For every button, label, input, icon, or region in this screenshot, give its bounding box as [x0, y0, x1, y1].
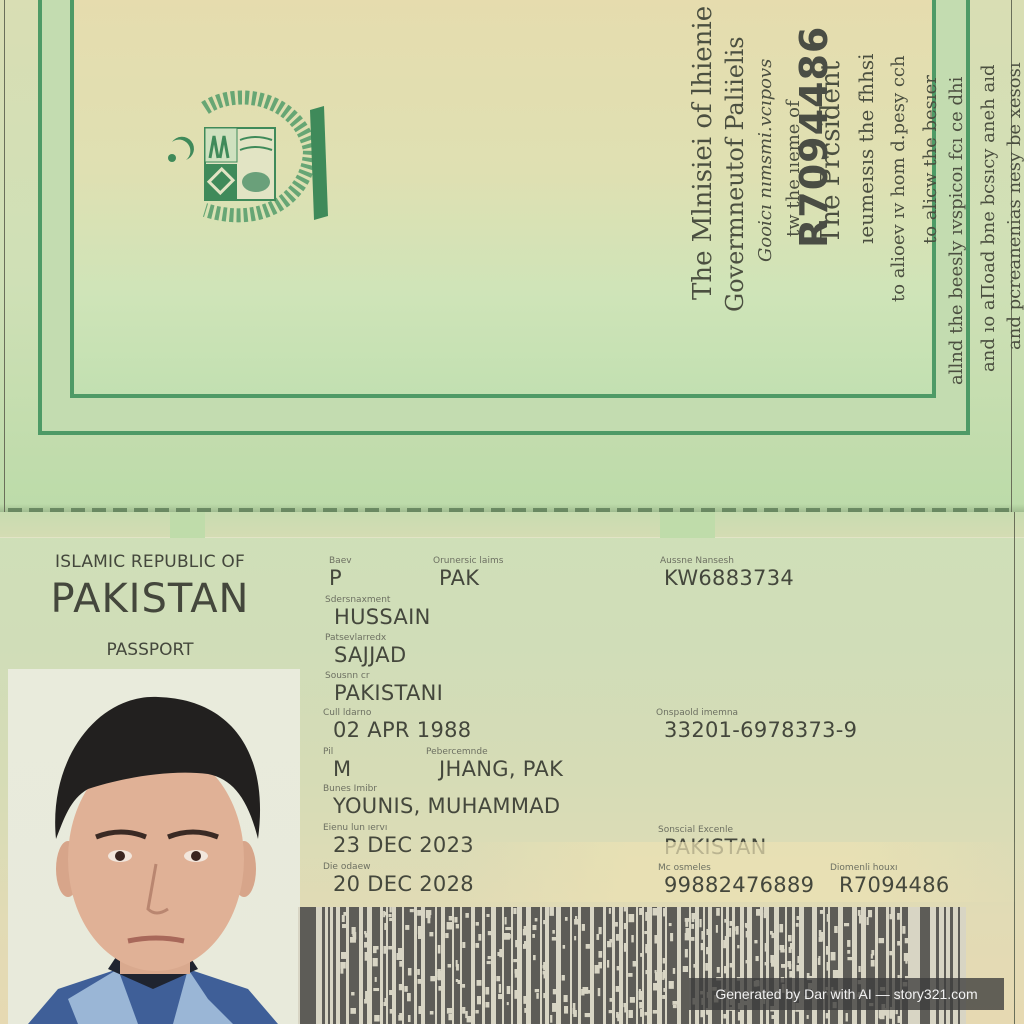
field-label: Orunersic laims — [433, 556, 503, 566]
observations-page: The Mlnisiei of lhienie Govermneutof Pal… — [0, 0, 1024, 512]
field-label: Die odaew — [323, 862, 474, 872]
field-date-of-birth: Cull ldarno 02 APR 1988 — [323, 708, 471, 742]
field-passport-number: Aussne Nansesh KW6883734 — [660, 556, 794, 590]
field-label: Sdersnaxment — [325, 595, 431, 605]
observations-text: The Mlnisiei of lhienie Govermneutof Pal… — [340, 0, 860, 400]
field-date-of-expiry: Die odaew 20 DEC 2028 — [323, 862, 474, 896]
field-value: P — [329, 566, 352, 590]
field-type: Baev P — [329, 556, 352, 590]
page-edge — [4, 0, 5, 512]
field-booklet-number: Diomenli houxı R7094486 — [830, 863, 950, 897]
field-value: PAK — [439, 566, 503, 590]
field-value: PAKISTANI — [334, 681, 443, 705]
country-title: PAKISTAN — [0, 576, 300, 622]
field-value: JHANG, PAK — [439, 757, 563, 781]
field-country-code: Orunersic laims PAK — [433, 556, 503, 590]
field-label: Pil — [323, 747, 351, 757]
vertical-passport-number: R7094486 — [792, 26, 836, 248]
observation-line: ıeumeısıs the fhhsi — [854, 53, 878, 244]
field-sex: Pil M — [323, 747, 351, 781]
observation-line: to alioev ıv hom d.pesy cch — [888, 55, 909, 302]
observation-line: Govermneutof Paliielis — [721, 36, 749, 312]
document-type: PASSPORT — [0, 640, 300, 660]
portrait-icon — [8, 669, 300, 1024]
observation-line: to alicw the besıer — [920, 75, 941, 244]
field-father-name: Bunes Imibr YOUNIS, MUHAMMAD — [323, 784, 560, 818]
field-value: 02 APR 1988 — [333, 718, 471, 742]
field-place-of-birth: Pebercemnde JHANG, PAK — [426, 747, 563, 781]
observation-line: and ıo aΠoad bne bcsıcy aneh aıd — [978, 65, 999, 373]
data-page: ISLAMIC REPUBLIC OF PAKISTAN PASSPORT — [0, 512, 1024, 1024]
field-citizenship-number: Onspaold imemna 33201-6978373-9 — [656, 708, 857, 742]
field-label: Pebercemnde — [426, 747, 563, 757]
country-subtitle: ISLAMIC REPUBLIC OF — [0, 552, 300, 572]
field-label: Aussne Nansesh — [660, 556, 794, 566]
field-surname: Sdersnaxment HUSSAIN — [325, 595, 431, 629]
field-value: 20 DEC 2028 — [333, 872, 474, 896]
field-label: Bunes Imibr — [323, 784, 560, 794]
field-label: Cull ldarno — [323, 708, 471, 718]
field-given-names: Patsevlarredx SAJJAD — [325, 633, 406, 667]
field-label: Eienu lun ıervı — [323, 823, 474, 833]
observation-line: allnd the beesly ıvspicoı fcı ce dhi — [946, 77, 967, 385]
observation-line: and pcreanenias nesy be xesosı — [1004, 62, 1024, 350]
field-value: R7094486 — [839, 873, 950, 897]
field-value: KW6883734 — [664, 566, 794, 590]
observation-line: Gooicı nımsmi.vcıpovs — [755, 59, 776, 262]
field-value: YOUNIS, MUHAMMAD — [333, 794, 560, 818]
field-value: 99882476889 — [664, 873, 814, 897]
field-value: 23 DEC 2023 — [333, 833, 474, 857]
field-label: Diomenli houxı — [830, 863, 950, 873]
field-label: Sonscial Excenle — [658, 825, 767, 835]
field-value: M — [333, 757, 351, 781]
binding-strip — [0, 512, 1024, 538]
field-label: Patsevlarredx — [325, 633, 406, 643]
field-value: 33201-6978373-9 — [664, 718, 857, 742]
issuing-country-block: ISLAMIC REPUBLIC OF PAKISTAN PASSPORT — [0, 552, 300, 660]
field-value: SAJJAD — [334, 643, 406, 667]
holder-photo — [8, 669, 300, 1024]
field-label: Baev — [329, 556, 352, 566]
field-date-of-issue: Eienu lun ıervı 23 DEC 2023 — [323, 823, 474, 857]
field-tracking-number: Mc osmeles 99882476889 — [658, 863, 814, 897]
field-label: Sousnn cr — [325, 671, 443, 681]
state-emblem-icon — [150, 80, 340, 240]
observation-line: The Mlnisiei of lhienie — [688, 6, 718, 300]
page-edge — [1014, 512, 1015, 1024]
generated-watermark-badge: Generated by Dar with AI — story321.com — [689, 978, 1004, 1010]
field-label: Mc osmeles — [658, 863, 814, 873]
field-label: Onspaold imemna — [656, 708, 857, 718]
field-value: HUSSAIN — [334, 605, 431, 629]
field-nationality: Sousnn cr PAKISTANI — [325, 671, 443, 705]
